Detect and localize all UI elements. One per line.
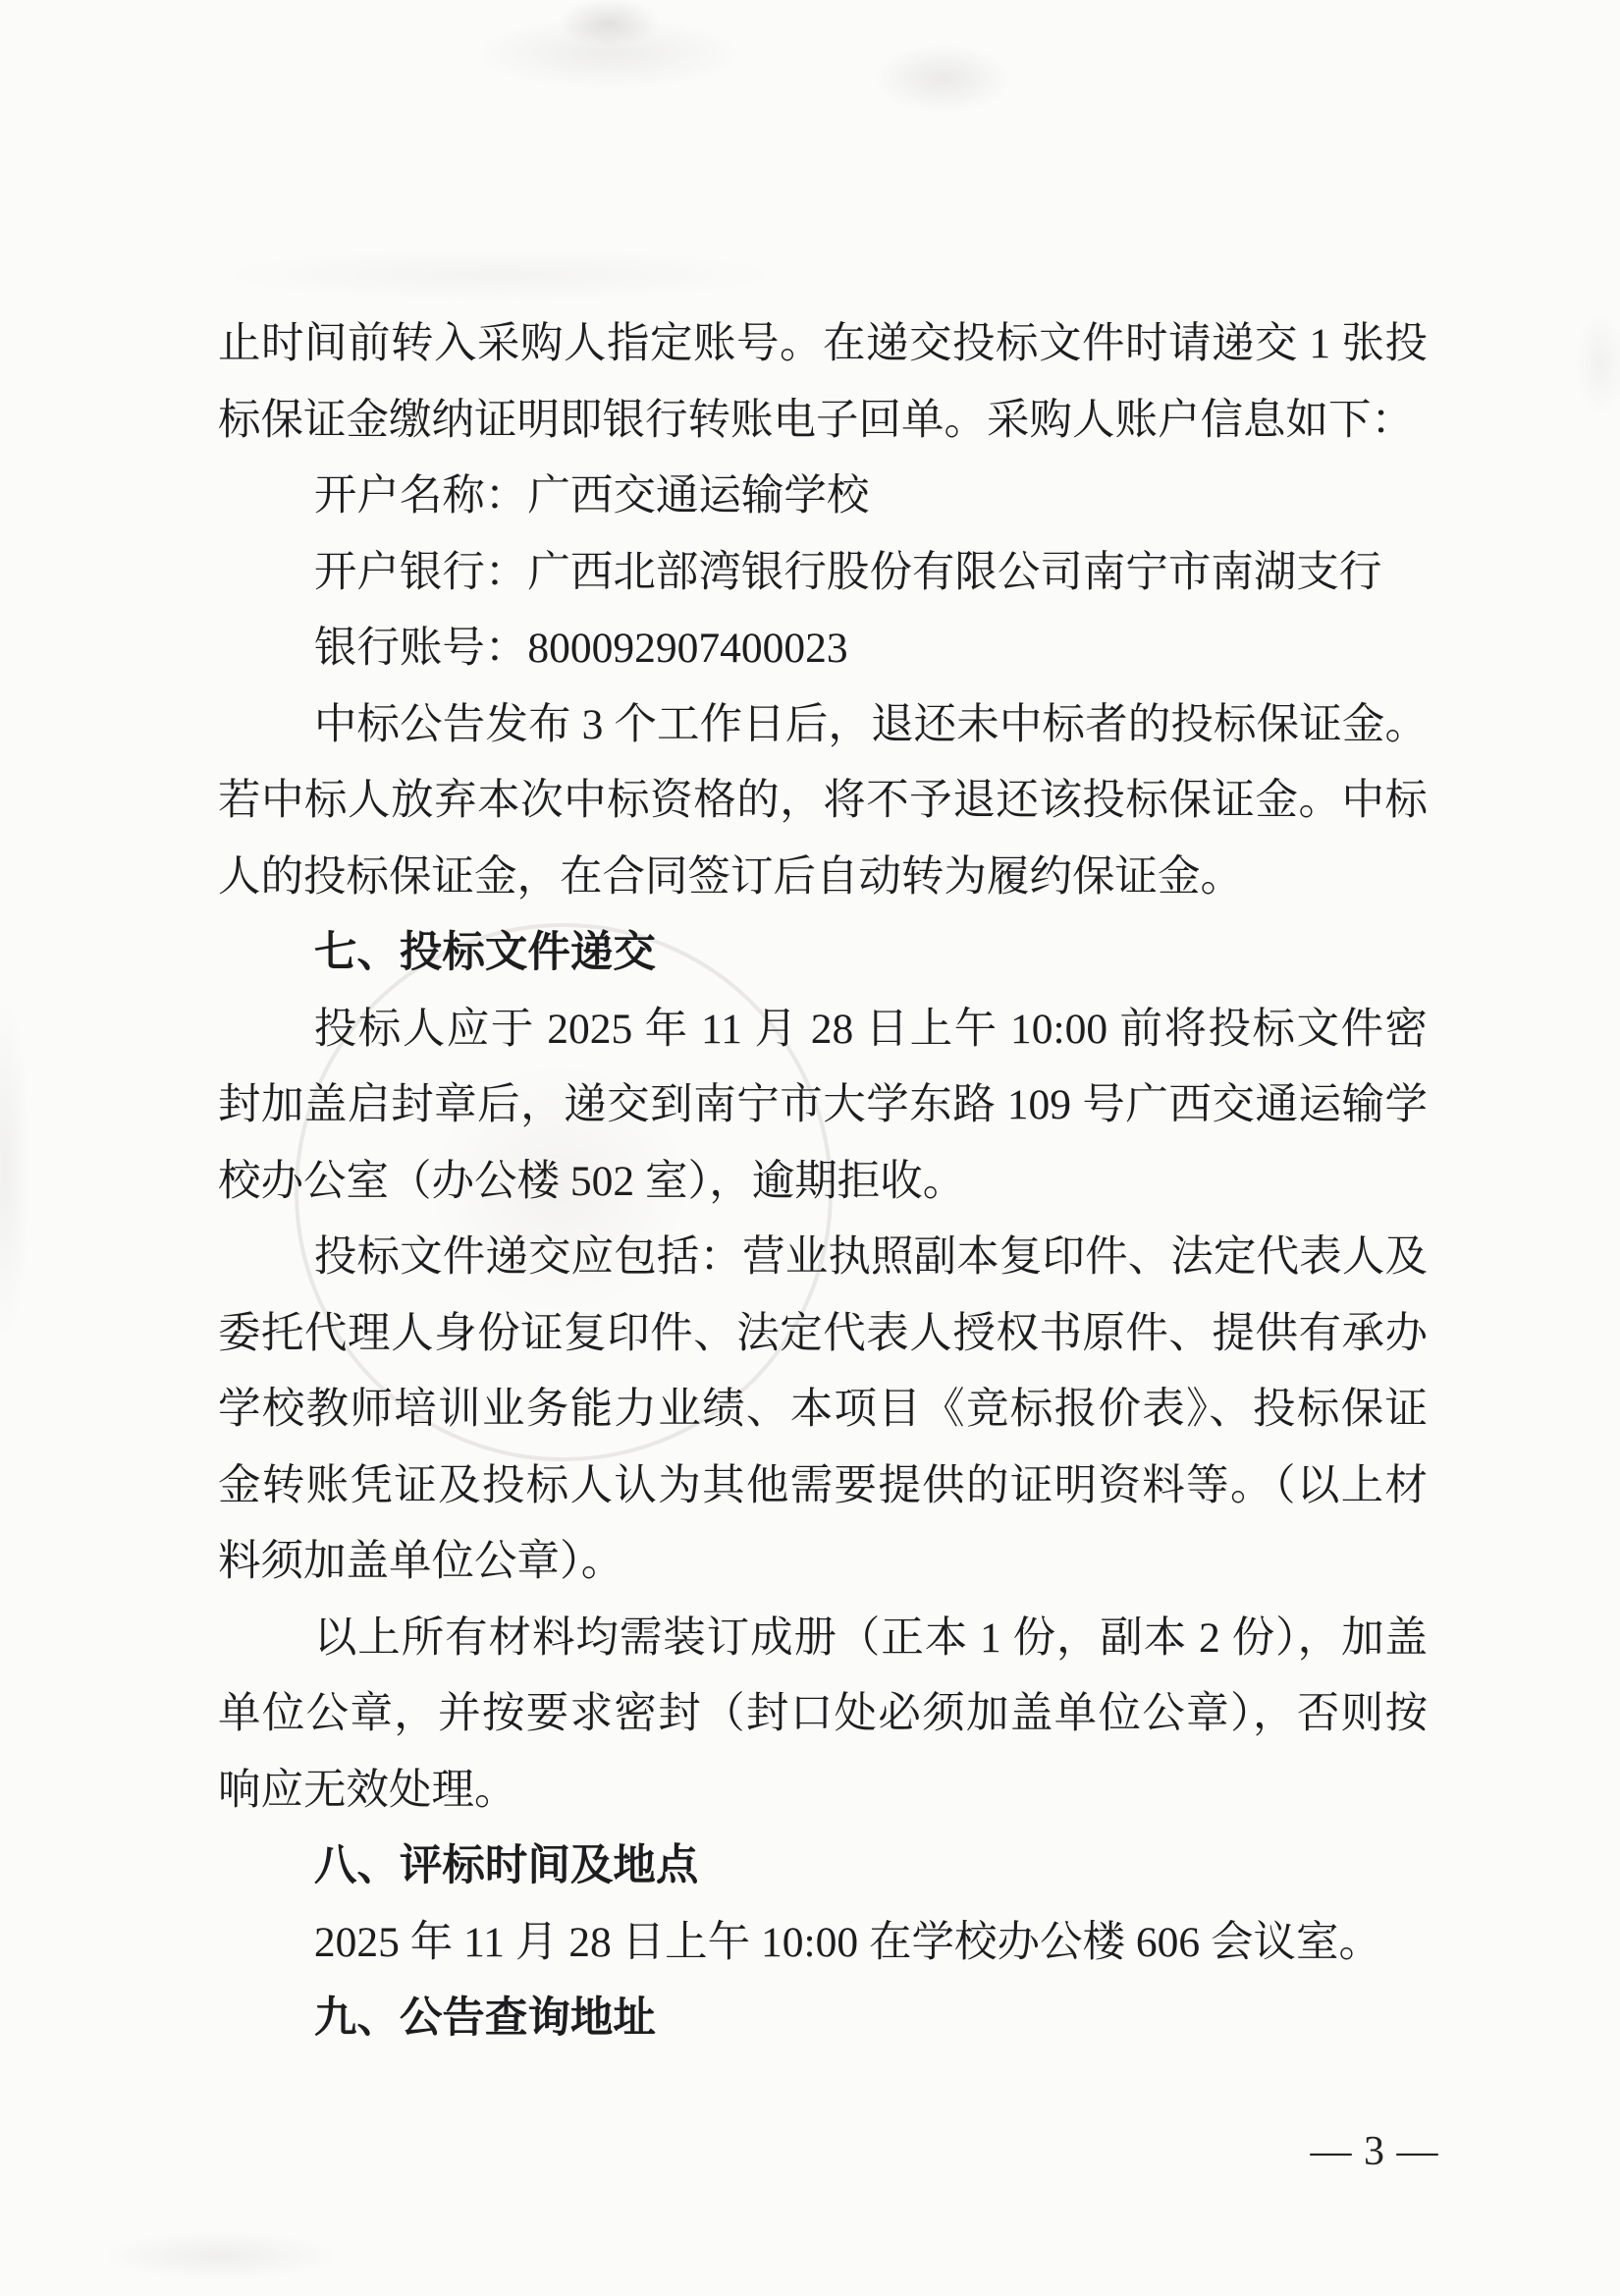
document-page: 止时间前转入采购人指定账号。在递交投标文件时请递交 1 张投标保证金缴纳证明即银… [0,0,1620,2296]
text-line: 投标人应于 2025 年 11 月 28 日上午 10:00 前将投标文件密 [218,992,1428,1068]
text-line: 委托代理人身份证复印件、法定代表人授权书原件、提供有承办 [218,1296,1428,1373]
scan-smudge [0,943,39,1394]
scan-smudge [844,29,1041,128]
text-line: 料须加盖单位公章）。 [218,1524,1428,1601]
section-heading: 七、投标文件递交 [218,915,1428,992]
text-line: 单位公章，并按要求密封（封口处必须加盖单位公章），否则按 [218,1676,1428,1753]
text-line: 标保证金缴纳证明即银行转账电子回单。采购人账户信息如下： [218,383,1428,460]
section-heading: 八、评标时间及地点 [218,1829,1428,1905]
text-line: 以上所有材料均需装订成册（正本 1 份，副本 2 份），加盖 [218,1601,1428,1677]
text-line: 封加盖启封章后，递交到南宁市大学东路 109 号广西交通运输学 [218,1067,1428,1144]
scan-smudge [1566,295,1620,432]
document-body: 止时间前转入采购人指定账号。在递交投标文件时请递交 1 张投标保证金缴纳证明即银… [218,306,1428,2057]
text-line: 学校教师培训业务能力业绩、本项目《竞标报价表》、投标保证 [218,1372,1428,1449]
text-line: 若中标人放弃本次中标资格的，将不予退还该投标保证金。中标 [218,763,1428,840]
scan-smudge [535,0,682,57]
text-line: 金转账凭证及投标人认为其他需要提供的证明资料等。（以上材 [218,1449,1428,1525]
text-line: 银行账号：800092907400023 [218,611,1428,687]
scan-smudge [54,2221,388,2290]
text-line: 中标公告发布 3 个工作日后，退还未中标者的投标保证金。 [218,687,1428,764]
text-line: 止时间前转入采购人指定账号。在递交投标文件时请递交 1 张投 [218,306,1428,383]
text-line: 投标文件递交应包括：营业执照副本复印件、法定代表人及 [218,1220,1428,1296]
section-heading: 九、公告查询地址 [218,1981,1428,2057]
text-line: 人的投标保证金，在合同签订后自动转为履约保证金。 [218,840,1428,916]
text-line: 2025 年 11 月 28 日上午 10:00 在学校办公楼 606 会议室。 [218,1905,1428,1982]
text-line: 响应无效处理。 [218,1753,1428,1830]
text-line: 开户银行：广西北部湾银行股份有限公司南宁市南湖支行 [218,535,1428,612]
page-number: — 3 — [1296,2129,1453,2174]
text-line: 校办公室（办公楼 502 室），逾期拒收。 [218,1144,1428,1221]
text-line: 开户名称：广西交通运输学校 [218,459,1428,535]
scan-smudge [128,241,874,309]
scan-smudge [422,2,795,105]
